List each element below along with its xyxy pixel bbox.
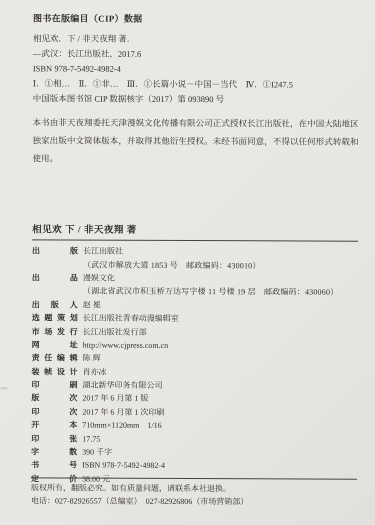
row-label: 印张 bbox=[31, 433, 77, 444]
table-row: 印次 2017 年 6 月第 1 次印刷 bbox=[31, 405, 357, 420]
row-value: ISBN 978-7-5492-4982-4 bbox=[82, 461, 165, 470]
table-row: 开本 710mm×1120mm 1/16 bbox=[31, 418, 357, 433]
scan-smudge bbox=[0, 387, 7, 389]
row-label: 开本 bbox=[31, 420, 77, 431]
table-row: 印刷 湖北新华印务有限公司 bbox=[31, 378, 357, 393]
table-row: （湖北省武汉市积玉桥万达写字楼 11 号楼 19 层 邮政编码：430060） bbox=[32, 284, 358, 299]
cip-heading: 图书在版编目（CIP）数据 bbox=[33, 11, 359, 27]
book-title-line: 相见欢 下 / 非天夜翔 著 bbox=[32, 221, 358, 241]
table-row: 责任编辑 陈 辉 bbox=[32, 351, 358, 366]
row-value: （武汉市解放大道 1853 号 邮政编码：430010） bbox=[83, 259, 261, 271]
row-value: 赵 冕 bbox=[83, 299, 101, 310]
cip-data-block: 图书在版编目（CIP）数据 相见欢．下 / 非天夜翔 著． —武汉：长江出版社，… bbox=[33, 11, 359, 107]
row-value: 710mm×1120mm 1/16 bbox=[82, 420, 161, 431]
cip-isbn-line: ISBN 978-7-5492-4982-4 bbox=[33, 61, 359, 77]
row-label: 市场发行 bbox=[32, 326, 78, 337]
page-content: 图书在版编目（CIP）数据 相见欢．下 / 非天夜翔 著． —武汉：长江出版社，… bbox=[0, 0, 375, 525]
cip-title-author-line: 相见欢．下 / 非天夜翔 著． bbox=[33, 31, 359, 47]
table-row: 字数 390 千字 bbox=[31, 445, 357, 460]
table-row: 出版人 赵 冕 bbox=[32, 298, 358, 313]
table-row: 市场发行 长江出版社发行部 bbox=[32, 325, 358, 340]
copyright-notice: 版权所有，翻版必究。如有质量问题，请联系本社退换。 bbox=[31, 482, 357, 496]
row-label: 责任编辑 bbox=[32, 353, 78, 364]
row-label: 选题策划 bbox=[32, 312, 78, 323]
row-value: 长江出版社 bbox=[83, 246, 123, 257]
row-value: 17.75 bbox=[82, 434, 100, 443]
table-row: 出版 长江出版社 bbox=[32, 244, 358, 259]
cip-classification-line: Ⅰ．①相… Ⅱ．①非… Ⅲ．①长篇小说－中国－当代 Ⅳ．①I247.5 bbox=[33, 76, 359, 92]
copyright-page-scan: 图书在版编目（CIP）数据 相见欢．下 / 非天夜翔 著． —武汉：长江出版社，… bbox=[0, 0, 375, 525]
row-label: 版次 bbox=[31, 393, 77, 404]
row-label: 书号 bbox=[31, 460, 77, 471]
table-row: 印张 17.75 bbox=[31, 432, 357, 447]
row-value: 湖北新华印务有限公司 bbox=[82, 380, 162, 391]
table-row: 网址 http://www.cjpress.com.cn bbox=[32, 338, 358, 353]
row-value: （湖北省武汉市积玉桥万达写字楼 11 号楼 19 层 邮政编码：430060） bbox=[83, 286, 339, 298]
table-row: 版次 2017 年 6 月第 1 版 bbox=[31, 392, 357, 407]
row-label: 字数 bbox=[31, 446, 77, 457]
authorization-paragraph: 本书由非天夜翔委托天津漫娱文化传播有限公司正式授权长江出版社，在中国大陆地区独家… bbox=[32, 113, 358, 168]
table-row: 选题策划 长江出版社青春动漫编辑室 bbox=[32, 311, 358, 326]
cip-record-number-line: 中国版本图书馆 CIP 数据核字（2017）第 093890 号 bbox=[33, 91, 359, 107]
table-row: （武汉市解放大道 1853 号 邮政编码：430010） bbox=[32, 258, 358, 273]
row-value: 陈 辉 bbox=[83, 353, 101, 364]
table-row: 出品 漫娱文化 bbox=[32, 271, 358, 286]
row-value: 长江出版社发行部 bbox=[83, 326, 147, 337]
row-value: 肖亦冰 bbox=[82, 366, 106, 377]
row-value: 漫娱文化 bbox=[83, 273, 115, 284]
row-label: 出品 bbox=[32, 272, 78, 283]
row-label: 装帧设计 bbox=[31, 366, 77, 377]
footer-block: 版权所有，翻版必究。如有质量问题，请联系本社退换。 电话：027-8292655… bbox=[31, 482, 357, 508]
row-label: 印刷 bbox=[31, 379, 77, 390]
row-value: 长江出版社青春动漫编辑室 bbox=[83, 313, 179, 324]
row-value: 390 千字 bbox=[82, 447, 112, 458]
cip-publisher-line: —武汉：长江出版社，2017.6 bbox=[33, 46, 359, 62]
table-row: 书号 ISBN 978-7-5492-4982-4 bbox=[31, 459, 357, 474]
row-label: 出版人 bbox=[32, 299, 78, 310]
row-value: 2017 年 6 月第 1 次印刷 bbox=[82, 406, 164, 417]
row-label: 网址 bbox=[32, 339, 78, 350]
table-row: 装帧设计 肖亦冰 bbox=[31, 365, 357, 380]
row-value: 2017 年 6 月第 1 版 bbox=[82, 393, 148, 404]
row-label: 出版 bbox=[32, 246, 78, 257]
contact-phones: 电话：027-82926557（总编室） 027-82926806（市场营销部） bbox=[31, 495, 357, 509]
colophon-table: 出版 长江出版社 （武汉市解放大道 1853 号 邮政编码：430010） 出品… bbox=[31, 244, 358, 486]
row-label: 印次 bbox=[31, 406, 77, 417]
row-value: http://www.cjpress.com.cn bbox=[83, 340, 169, 349]
